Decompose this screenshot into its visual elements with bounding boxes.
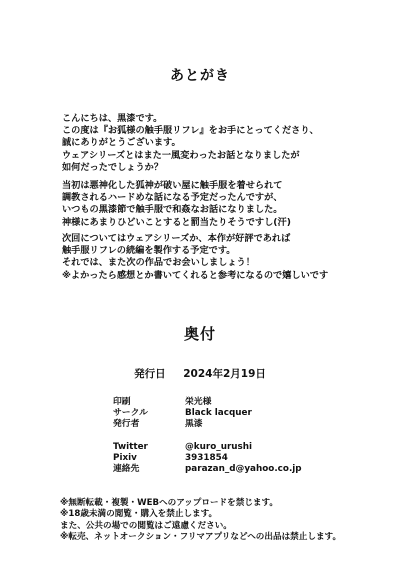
text-line: 誠にありがとうございます。 (62, 137, 392, 149)
text-line: ウェアシリーズとはまた一風変わったお話となりましたが (62, 150, 392, 162)
text-line: 当初は悪神化した狐神が破い屋に触手服を着せられて (62, 180, 392, 192)
text-line: 調教されるハードめな話になる予定だったんですが、 (62, 192, 392, 204)
info-key: サークル (113, 408, 185, 419)
info-value: 栄光様 (185, 397, 211, 408)
contact-info: Twitter @kuro_urushi Pixiv 3931854 連絡先 p… (113, 442, 302, 475)
publish-date-row: 発行日 2024年2月19日 (0, 366, 400, 381)
info-value: 3931854 (185, 453, 228, 464)
info-row-publisher: 発行者 黒漆 (113, 419, 252, 430)
note-line: ※18歳未満の閲覧・購入を禁止します。 (60, 509, 341, 520)
text-line: それでは、また次の作品でお会いしましょう！ (62, 257, 392, 269)
info-value: Black lacquer (185, 408, 252, 419)
note-line: また、公共の場での閲覧はご遠慮ください。 (60, 521, 341, 532)
text-line: 如何だったでしょうか？ (62, 162, 392, 174)
colophon-title: 奥付 (0, 323, 400, 344)
afterword-paragraph-2: 当初は悪神化した狐神が破い屋に触手服を着せられて 調教されるハードめな話になる予… (62, 180, 392, 229)
text-line: ※よかったら感想とか書いてくれると参考になるので嬉しいです (62, 270, 392, 282)
text-line: こんにちは、黒漆です。 (62, 113, 392, 125)
afterword-title: あとがき (0, 65, 400, 85)
info-key: Twitter (113, 442, 185, 453)
info-key: Pixiv (113, 453, 185, 464)
info-key: 発行者 (113, 419, 185, 430)
afterword-paragraph-3: 次回についてはウェアシリーズか、本作が好評であれば 触手服リフレの続編を製作する… (62, 233, 392, 282)
info-value: parazan_d@yahoo.co.jp (185, 464, 302, 475)
text-line: いつもの黒漆節で触手服で和姦なお話になりました。 (62, 204, 392, 216)
book-page: あとがき こんにちは、黒漆です。 この度は『お狐様の触手服リフレ』をお手にとって… (0, 0, 400, 565)
publish-date-label: 発行日 (134, 368, 166, 380)
afterword-paragraph-1: こんにちは、黒漆です。 この度は『お狐様の触手服リフレ』をお手にとってくださり、… (62, 113, 392, 174)
text-line: 触手服リフレの続編を製作する予定です。 (62, 245, 392, 257)
info-row-circle: サークル Black lacquer (113, 408, 252, 419)
info-value: 黒漆 (185, 419, 203, 430)
info-row-contact: 連絡先 parazan_d@yahoo.co.jp (113, 464, 302, 475)
info-value: @kuro_urushi (185, 442, 252, 453)
text-line: 神様にあまりひどいことすると罰当たりそうですし(汗) (62, 217, 392, 229)
text-line: 次回についてはウェアシリーズか、本作が好評であれば (62, 233, 392, 245)
text-line: この度は『お狐様の触手服リフレ』をお手にとってくださり、 (62, 125, 392, 137)
publish-date-value: 2024年2月19日 (183, 368, 266, 380)
legal-notes: ※無断転載・複製・WEBへのアップロードを禁じます。 ※18歳未満の閲覧・購入を… (60, 498, 341, 543)
info-key: 連絡先 (113, 464, 185, 475)
note-line: ※転売、ネットオークション・フリマアプリなどへの出品は禁止します。 (60, 532, 341, 543)
info-key: 印刷 (113, 397, 185, 408)
info-row-printer: 印刷 栄光様 (113, 397, 252, 408)
note-line: ※無断転載・複製・WEBへのアップロードを禁じます。 (60, 498, 341, 509)
publication-info: 印刷 栄光様 サークル Black lacquer 発行者 黒漆 (113, 397, 252, 430)
info-row-pixiv: Pixiv 3931854 (113, 453, 302, 464)
info-row-twitter: Twitter @kuro_urushi (113, 442, 302, 453)
